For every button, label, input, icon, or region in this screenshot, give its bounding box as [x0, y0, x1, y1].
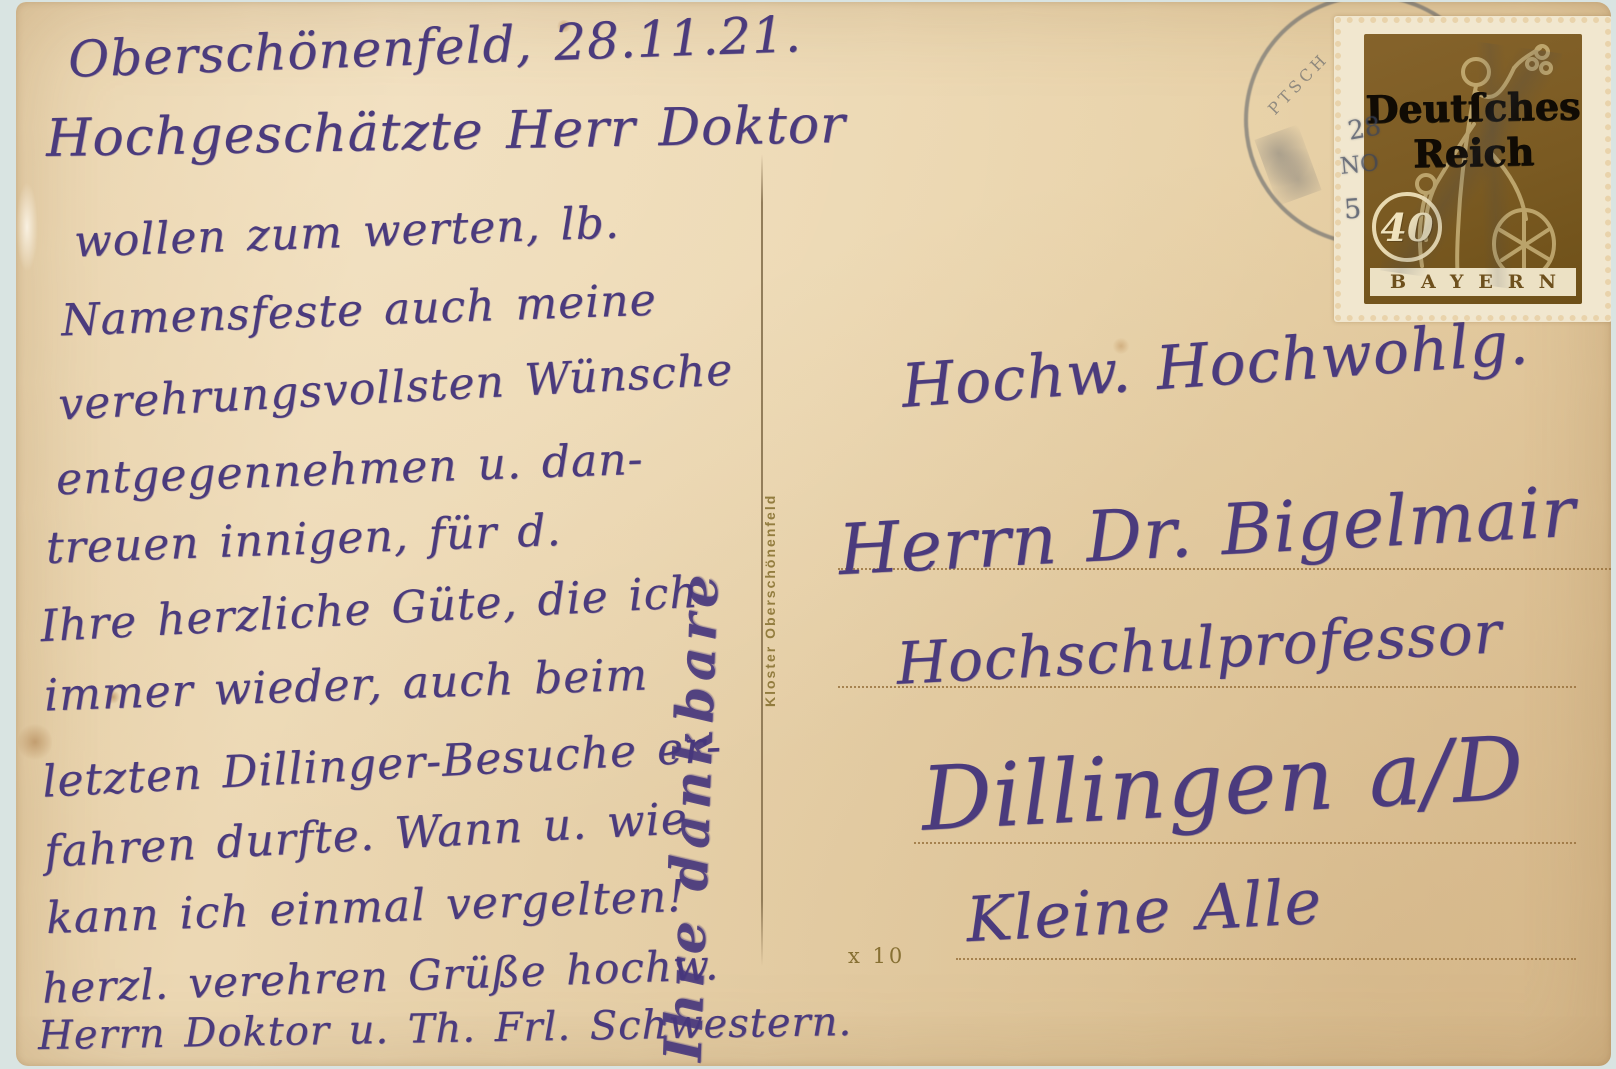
message-line: immer wieder, auch beim [43, 649, 649, 721]
postmark-hour: 5 [1343, 193, 1362, 225]
message-line: entgegennehmen u. dan- [55, 434, 644, 505]
postmark-month: NO [1339, 150, 1380, 180]
message-line: herzl. verehren Grüße hochw. [41, 940, 720, 1013]
print-mark: x 10 [848, 944, 905, 968]
message-line: Hochgeschätzte Herr Doktor [46, 95, 847, 169]
postcard: Oberschönenfeld, 28.11.21. Hochgeschätzt… [16, 2, 1611, 1066]
postmark-date: 28 [1346, 111, 1384, 146]
stain [16, 182, 38, 272]
address-street: Kleine Alle [964, 865, 1323, 957]
address-honorific: Hochw. Hochwohlg. [899, 308, 1531, 422]
message-line: kann ich einmal vergelten! [45, 871, 686, 944]
date-line: Oberschönenfeld, 28.11.21. [67, 5, 802, 89]
publisher-caption: Kloster Oberschönenfeld [762, 407, 784, 707]
address-city: Dillingen a/D [919, 716, 1527, 850]
message-line: verehrungsvollsten Wünsche [57, 344, 734, 430]
message-line: treuen innigen, für d. [45, 505, 562, 574]
vertical-signature: Ihre dankbare [653, 181, 754, 1063]
scan-background: { "postcard": { "date_line": "Oberschöne… [0, 0, 1616, 1069]
address-name: Herrn Dr. Bigelmair [836, 471, 1578, 592]
address-rule [956, 958, 1576, 960]
message-line: fahren durfte. Wann u. wie [43, 793, 689, 878]
address-profession: Hochschulprofessor [895, 598, 1504, 698]
message-line: Namensfeste auch meine [60, 275, 657, 347]
message-line: Ihre herzliche Güte, die ich [39, 567, 700, 652]
message-line: wollen zum werten, lb. [73, 197, 620, 267]
message-line: letzten Dillinger-Besuche er- [41, 721, 723, 808]
